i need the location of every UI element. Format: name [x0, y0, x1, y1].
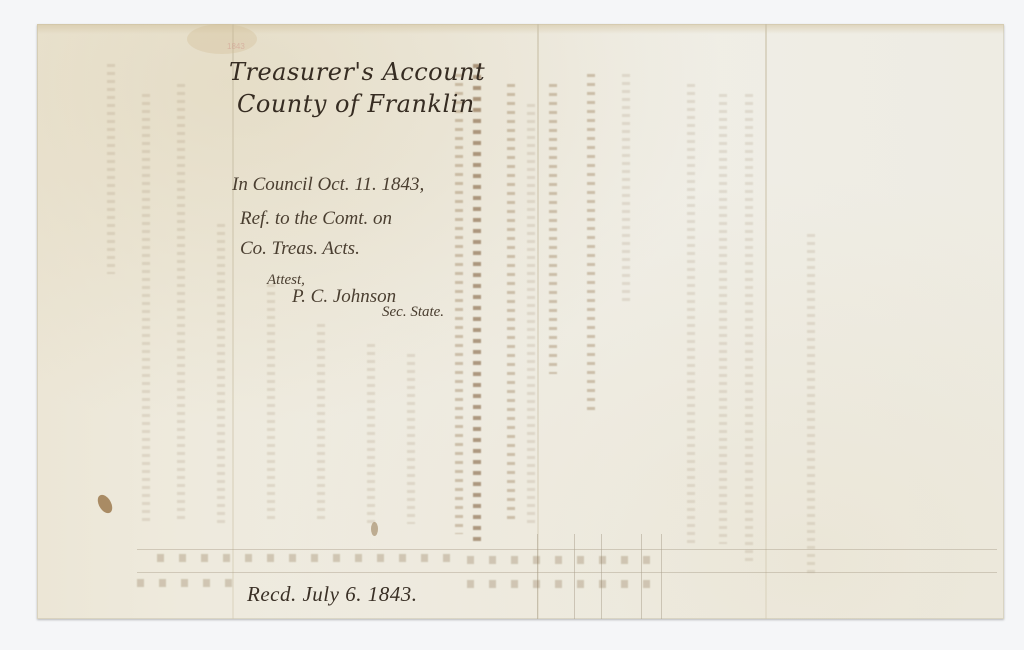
bleed-through-column: [107, 64, 115, 274]
ink-stain: [371, 522, 378, 536]
bleed-through-column: [527, 104, 535, 524]
paper-stain: [187, 24, 257, 54]
bleed-through-column: [622, 74, 630, 304]
bleed-through-column: [587, 74, 595, 414]
pencil-annotation: 1843: [227, 42, 245, 51]
bleed-through-column: [142, 94, 150, 524]
bleed-through-column: [473, 64, 481, 544]
bleed-through-figures: [467, 580, 657, 588]
bleed-through-column: [719, 94, 727, 544]
bleed-through-column: [317, 324, 325, 524]
fold-line: [232, 24, 234, 619]
bleed-through-column: [177, 84, 185, 524]
bleed-through-column: [807, 234, 815, 574]
bleed-through-column: [455, 74, 463, 534]
ruled-line: [137, 549, 997, 550]
bleed-through-column: [745, 94, 753, 564]
ruled-column-line: [537, 534, 538, 619]
signature: P. C. Johnson: [292, 286, 396, 308]
bleed-through-column: [367, 344, 375, 524]
received-date: Recd. July 6. 1843.: [247, 582, 417, 607]
ruled-column-line: [601, 534, 602, 619]
fold-line: [537, 24, 539, 619]
document-title-line-1: Treasurer's Account: [229, 58, 485, 86]
bleed-through-column: [217, 224, 225, 524]
fold-line: [765, 24, 767, 619]
ink-stain: [95, 492, 115, 515]
bleed-through-column: [687, 84, 695, 544]
endorsement-line-3: Co. Treas. Acts.: [240, 238, 360, 260]
endorsement-line-2: Ref. to the Comt. on: [240, 208, 392, 230]
bleed-through-figures: [467, 556, 657, 564]
top-edge-stain: [37, 24, 1004, 34]
bleed-through-figures: [157, 554, 457, 562]
document-sheet: 1843 Treasurer's Account County of Frank…: [37, 24, 1004, 619]
endorsement-line-1: In Council Oct. 11. 1843,: [232, 174, 424, 196]
bleed-through-column: [407, 354, 415, 524]
ruled-column-line: [641, 534, 642, 619]
ruled-column-line: [661, 534, 662, 619]
bleed-through-column: [549, 84, 557, 374]
bleed-through-column: [507, 84, 515, 524]
signature-title: Sec. State.: [382, 304, 444, 321]
bleed-through-column: [267, 284, 275, 524]
ruled-line: [137, 572, 997, 573]
bleed-through-figures: [137, 579, 237, 587]
ruled-column-line: [574, 534, 575, 619]
document-title-line-2: County of Franklin: [237, 90, 475, 118]
